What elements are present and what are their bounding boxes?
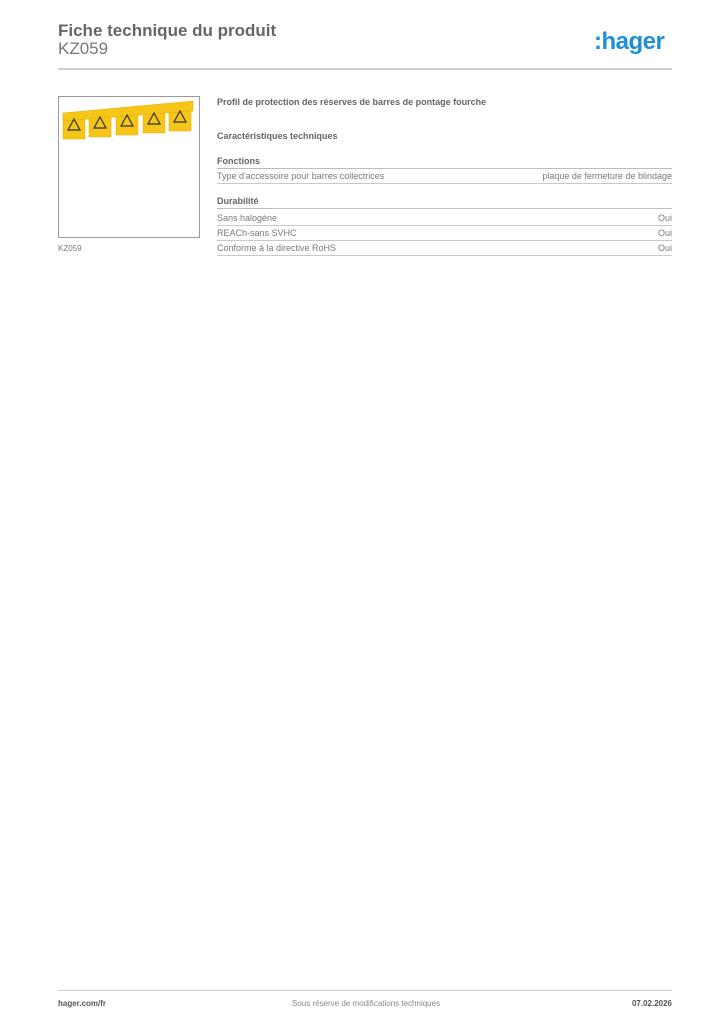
row-label: Type d'accessoire pour barres collectric… (217, 171, 384, 181)
row-value: Oui (658, 213, 672, 223)
characteristics-heading: Caractéristiques techniques (217, 131, 672, 141)
image-caption: KZ059 (58, 244, 82, 253)
row-label: Sans halogène (217, 213, 277, 223)
row-label: REACh-sans SVHC (217, 228, 297, 238)
row-label: Conforme à la directive RoHS (217, 243, 336, 253)
row-value: Oui (658, 228, 672, 238)
product-code: KZ059 (58, 39, 108, 59)
document-title: Fiche technique du produit (58, 21, 276, 41)
hager-logo: :hager (594, 28, 664, 56)
footer-date: 07.02.2026 (632, 999, 672, 1008)
warning-profile-icon (59, 97, 199, 237)
table-row: Type d'accessoire pour barres collectric… (217, 171, 672, 184)
product-image (58, 96, 200, 238)
table-row: REACh-sans SVHC Oui (217, 228, 672, 241)
row-value: plaque de fermeture de blindage (542, 171, 672, 181)
row-value: Oui (658, 243, 672, 253)
footer-divider (58, 990, 672, 991)
section-fonctions-title: Fonctions (217, 156, 672, 169)
table-row: Conforme à la directive RoHS Oui (217, 243, 672, 256)
table-row: Sans halogène Oui (217, 213, 672, 226)
footer-website[interactable]: hager.com/fr (58, 999, 106, 1008)
header-divider (58, 68, 672, 70)
section-durabilite-title: Durabilité (217, 196, 672, 209)
product-name: Profil de protection des réserves de bar… (217, 97, 672, 107)
footer-notice: Sous réserve de modifications techniques (292, 999, 440, 1008)
